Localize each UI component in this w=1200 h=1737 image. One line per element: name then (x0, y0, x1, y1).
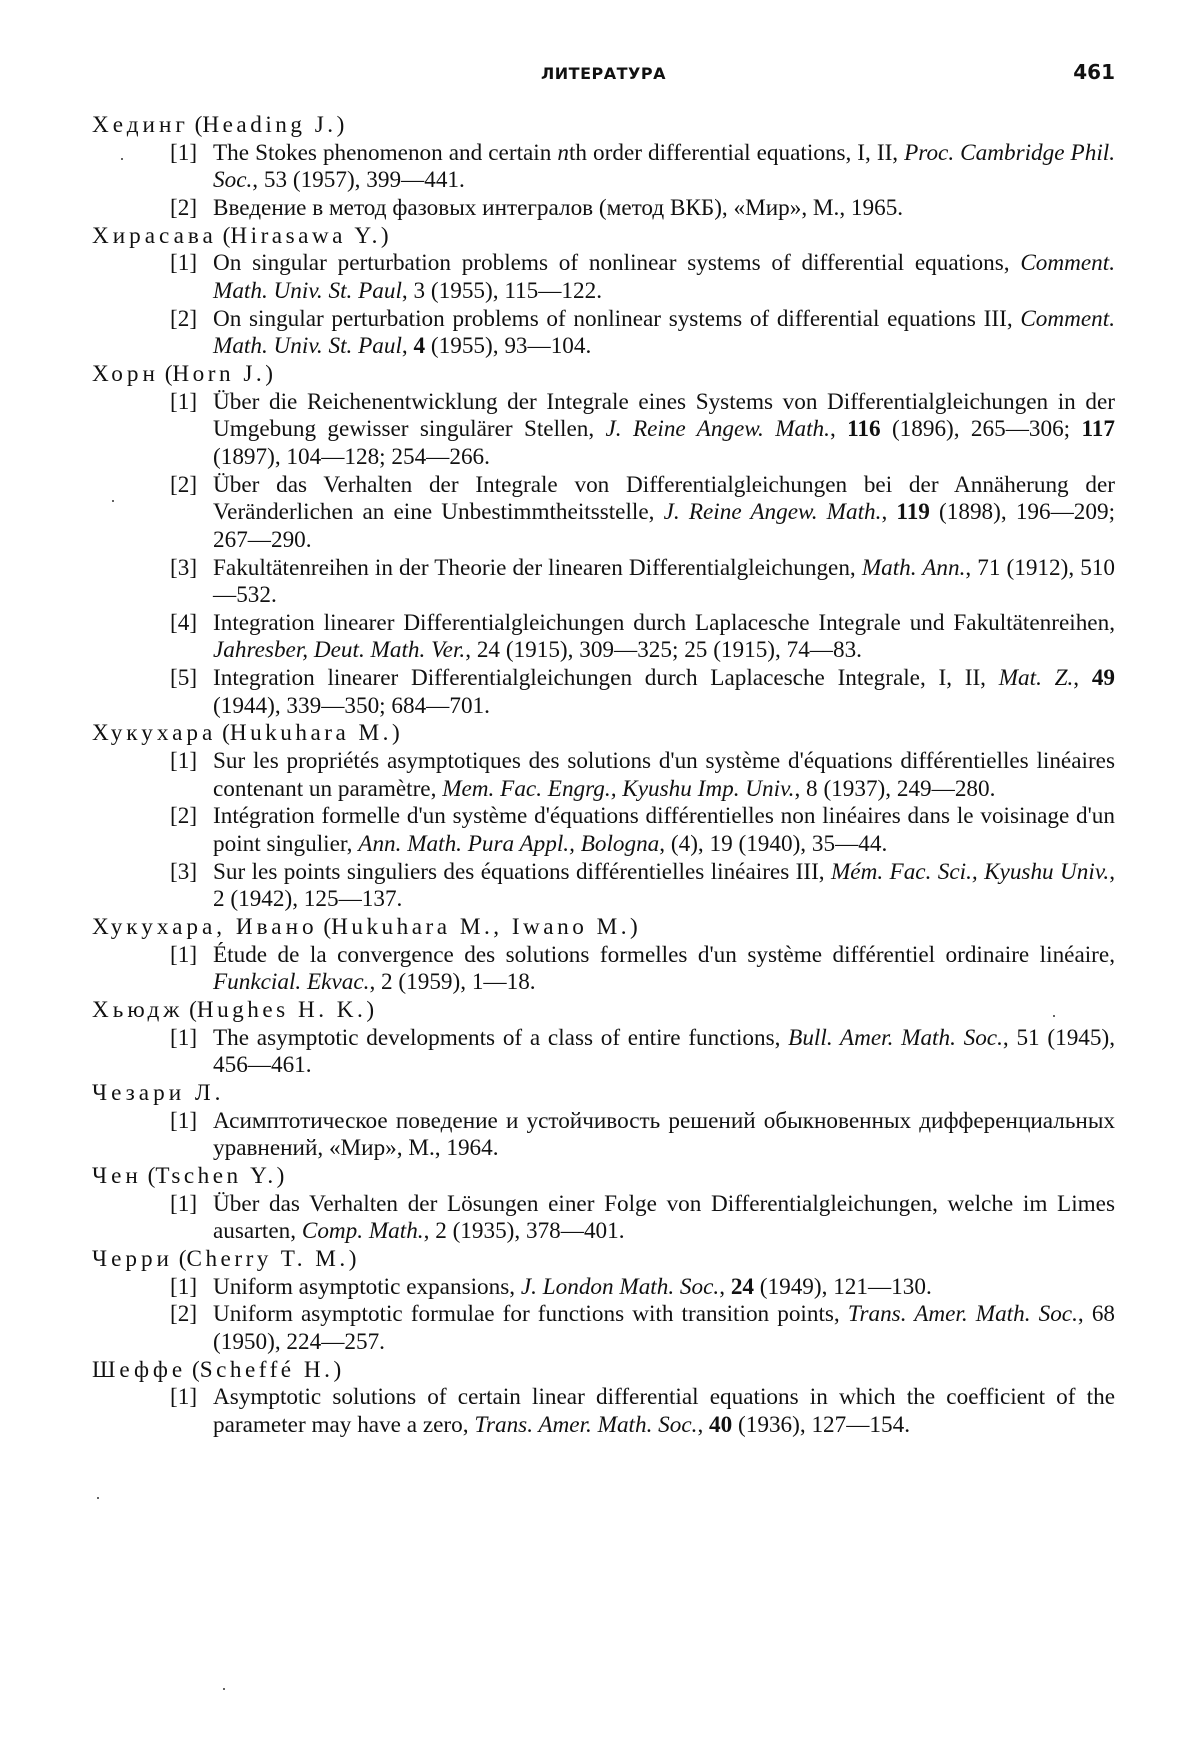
reference-entry: [1]Asymptotic solutions of certain linea… (92, 1384, 1115, 1439)
reference-text-segment: , 3 (1955), 115—122. (402, 278, 602, 304)
reference-number: [1] (170, 1025, 213, 1080)
reference-entry: [2]Uniform asymptotic formulae for funct… (92, 1301, 1115, 1356)
journal-title: n (557, 140, 569, 166)
author-name-latin: Tschen Y. (155, 1163, 276, 1189)
volume-number: 117 (1081, 416, 1115, 442)
author-name-russian: Хирасава (92, 223, 217, 249)
reference-number: [1] (170, 250, 213, 305)
print-speck (1053, 1015, 1055, 1017)
reference-entry: [1]Étude de la convergence des solutions… (92, 942, 1115, 997)
author-name-latin: Horn J. (172, 361, 265, 387)
reference-text-segment: , 8 (1937), 249—280. (794, 776, 995, 802)
reference-text: Über die Reichenentwicklung der Integral… (213, 389, 1115, 472)
volume-number: 119 (896, 499, 930, 525)
bibliography-list: Хединг (Heading J.)[1]The Stokes phenome… (92, 112, 1115, 1440)
author-block: Хединг (Heading J.)[1]The Stokes phenome… (92, 112, 1115, 223)
reference-text-segment: Введение в метод фазовых интегралов (мет… (213, 195, 903, 221)
reference-text-segment: , (881, 499, 896, 525)
reference-entry: [2]Über das Verhalten der Integrale von … (92, 472, 1115, 555)
print-speck (97, 1497, 99, 1499)
reference-text: Fakultätenreihen in der Theorie der line… (213, 555, 1115, 610)
author-heading: Чезари Л. (92, 1080, 1115, 1108)
reference-text: Uniform asymptotic expansions, J. London… (213, 1274, 1115, 1302)
reference-number: [1] (170, 389, 213, 472)
author-heading: Черри (Cherry T. M.) (92, 1246, 1115, 1274)
reference-number: [1] (170, 1191, 213, 1246)
reference-number: [1] (170, 1384, 213, 1439)
volume-number: 116 (847, 416, 881, 442)
reference-entry: [2]On singular perturbation problems of … (92, 306, 1115, 361)
author-block: Чезари Л.[1]Асимптотическое поведение и … (92, 1080, 1115, 1163)
reference-text-segment: Асимптотическое поведение и устойчивость… (213, 1108, 1115, 1162)
reference-entry: [1]Uniform asymptotic expansions, J. Lon… (92, 1274, 1115, 1302)
journal-title: J. Reine Angew. Math. (606, 416, 830, 442)
reference-text-segment: Sur les points singuliers des équations … (213, 859, 831, 885)
author-name-latin: Hirasawa Y. (230, 223, 381, 249)
print-speck (121, 158, 123, 160)
reference-text: Асимптотическое поведение и устойчивость… (213, 1108, 1115, 1163)
reference-entry: [2]Введение в метод фазовых интегралов (… (92, 195, 1115, 223)
author-name-latin: Hukuhara M., Iwano M. (331, 914, 630, 940)
journal-title: Math. Ann. (862, 555, 966, 581)
reference-text-segment: Uniform asymptotic formulae for function… (213, 1301, 848, 1327)
reference-number: [1] (170, 748, 213, 803)
reference-text-segment: (1949), 121—130. (754, 1274, 932, 1300)
print-speck (112, 500, 114, 502)
reference-number: [2] (170, 472, 213, 555)
reference-entry: [1]Асимптотическое поведение и устойчиво… (92, 1108, 1115, 1163)
reference-entry: [1]The Stokes phenomenon and certain nth… (92, 140, 1115, 195)
author-heading: Хьюдж (Hughes H. K.) (92, 997, 1115, 1025)
author-block: Хорн (Horn J.)[1]Über die Reichenentwick… (92, 361, 1115, 721)
reference-text: The Stokes phenomenon and certain nth or… (213, 140, 1115, 195)
author-block: Черри (Cherry T. M.)[1]Uniform asymptoti… (92, 1246, 1115, 1357)
author-name-latin: Cherry T. M. (187, 1246, 349, 1272)
journal-title: Funkcial. Ekvac. (213, 969, 369, 995)
reference-text-segment: , (402, 333, 414, 359)
author-name-russian: Хорн (92, 361, 159, 387)
author-name-russian: Черри (92, 1246, 173, 1272)
reference-text: Intégration formelle d'un système d'équa… (213, 803, 1115, 858)
reference-text-segment: Uniform asymptotic expansions, (213, 1274, 521, 1300)
volume-number: 4 (414, 333, 426, 359)
reference-text: Über das Verhalten der Integrale von Dif… (213, 472, 1115, 555)
journal-title: Jahresber, Deut. Math. Ver. (213, 637, 465, 663)
journal-title: Ann. Math. Pura Appl., Bologna (358, 831, 659, 857)
journal-title: Trans. Amer. Math. Soc. (848, 1301, 1078, 1327)
author-block: Хьюдж (Hughes H. K.)[1]The asymptotic de… (92, 997, 1115, 1080)
reference-number: [1] (170, 1274, 213, 1302)
reference-entry: [1]On singular perturbation problems of … (92, 250, 1115, 305)
volume-number: 40 (709, 1412, 732, 1438)
reference-number: [4] (170, 610, 213, 665)
reference-number: [3] (170, 555, 213, 610)
reference-text-segment: , (4), 19 (1940), 35—44. (659, 831, 887, 857)
author-name-latin: Hukuhara M. (230, 720, 392, 746)
print-speck (223, 1688, 225, 1690)
reference-text-segment: On singular perturbation problems of non… (213, 306, 1020, 332)
author-name-russian: Хединг (92, 112, 189, 138)
volume-number: 49 (1092, 665, 1115, 691)
reference-entry: [1]Über die Reichenentwicklung der Integ… (92, 389, 1115, 472)
reference-text-segment: (1944), 339—350; 684—701. (213, 693, 490, 719)
reference-text-segment: (1897), 104—128; 254—266. (213, 444, 490, 470)
reference-text: Étude de la convergence des solutions fo… (213, 942, 1115, 997)
reference-entry: [4]Integration linearer Differentialglei… (92, 610, 1115, 665)
journal-title: J. Reine Angew. Math. (664, 499, 882, 525)
reference-text: The asymptotic developments of a class o… (213, 1025, 1115, 1080)
reference-text-segment: Integration linearer Differentialgleichu… (213, 610, 1115, 636)
page-header: ЛИТЕРАТУРА 461 (92, 60, 1115, 86)
reference-entry: [1]Sur les propriétés asymptotiques des … (92, 748, 1115, 803)
reference-number: [5] (170, 665, 213, 720)
reference-number: [1] (170, 140, 213, 195)
journal-title: Mém. Fac. Sci., Kyushu Univ. (831, 859, 1109, 885)
reference-text-segment: , (697, 1412, 709, 1438)
reference-text: Integration linearer Differentialgleichu… (213, 665, 1115, 720)
author-block: Шеффе (Scheffé H.)[1]Asymptotic solution… (92, 1357, 1115, 1440)
reference-number: [2] (170, 803, 213, 858)
journal-title: Mat. Z. (999, 665, 1074, 691)
reference-text-segment: , (719, 1274, 731, 1300)
author-heading: Хединг (Heading J.) (92, 112, 1115, 140)
author-block: Чен (Tschen Y.)[1]Über das Verhalten der… (92, 1163, 1115, 1246)
reference-text-segment: , 53 (1957), 399—441. (252, 167, 465, 193)
author-name-russian: Чен (92, 1163, 142, 1189)
reference-number: [1] (170, 942, 213, 997)
reference-text-segment: , 2 (1935), 378—401. (424, 1218, 625, 1244)
author-heading: Чен (Tschen Y.) (92, 1163, 1115, 1191)
author-heading: Хорн (Horn J.) (92, 361, 1115, 389)
reference-text: Sur les propriétés asymptotiques des sol… (213, 748, 1115, 803)
reference-text: Asymptotic solutions of certain linear d… (213, 1384, 1115, 1439)
reference-text-segment: , 24 (1915), 309—325; 25 (1915), 74—83. (465, 637, 862, 663)
reference-text: Über das Verhalten der Lösungen einer Fo… (213, 1191, 1115, 1246)
reference-entry: [1]The asymptotic developments of a clas… (92, 1025, 1115, 1080)
reference-text: Введение в метод фазовых интегралов (мет… (213, 195, 1115, 223)
reference-text: Uniform asymptotic formulae for function… (213, 1301, 1115, 1356)
reference-text-segment: (1896), 265—306; (881, 416, 1082, 442)
volume-number: 24 (731, 1274, 754, 1300)
reference-number: [2] (170, 306, 213, 361)
author-name-latin: Hughes H. K. (197, 997, 367, 1023)
author-name-russian: Хукухара, Ивано (92, 914, 318, 940)
reference-text: On singular perturbation problems of non… (213, 306, 1115, 361)
author-name-russian: Хьюдж (92, 997, 183, 1023)
journal-title: Comp. Math. (302, 1218, 424, 1244)
author-block: Хукухара, Ивано (Hukuhara M., Iwano M.)[… (92, 914, 1115, 997)
reference-text-segment: Étude de la convergence des solutions fo… (213, 942, 1115, 968)
reference-text-segment: , (830, 416, 847, 442)
reference-text: Sur les points singuliers des équations … (213, 859, 1115, 914)
author-heading: Хукухара, Ивано (Hukuhara M., Iwano M.) (92, 914, 1115, 942)
reference-text: Integration linearer Differentialgleichu… (213, 610, 1115, 665)
journal-title: Trans. Amer. Math. Soc. (474, 1412, 697, 1438)
reference-entry: [2]Intégration formelle d'un système d'é… (92, 803, 1115, 858)
reference-entry: [5]Integration linearer Differentialglei… (92, 665, 1115, 720)
author-name-latin: Heading J. (202, 112, 336, 138)
author-name-russian: Хукухара (92, 720, 216, 746)
author-block: Хирасава (Hirasawa Y.)[1]On singular per… (92, 223, 1115, 361)
reference-entry: [3]Fakultätenreihen in der Theorie der l… (92, 555, 1115, 610)
reference-number: [2] (170, 1301, 213, 1356)
reference-text-segment: , 2 (1959), 1—18. (369, 969, 535, 995)
journal-title: J. London Math. Soc. (521, 1274, 719, 1300)
reference-text-segment: The asymptotic developments of a class o… (213, 1025, 788, 1051)
reference-number: [2] (170, 195, 213, 223)
reference-text-segment: (1936), 127—154. (732, 1412, 910, 1438)
author-heading: Хукухара (Hukuhara M.) (92, 720, 1115, 748)
author-name-russian: Шеффе (92, 1357, 186, 1383)
journal-title: Bull. Amer. Math. Soc. (788, 1025, 1003, 1051)
author-block: Хукухара (Hukuhara M.)[1]Sur les proprié… (92, 720, 1115, 914)
reference-text-segment: Integration linearer Differentialgleichu… (213, 665, 999, 691)
reference-text-segment: Fakultätenreihen in der Theorie der line… (213, 555, 862, 581)
reference-entry: [3]Sur les points singuliers des équatio… (92, 859, 1115, 914)
page-number: 461 (1073, 60, 1115, 84)
author-heading: Шеффе (Scheffé H.) (92, 1357, 1115, 1385)
reference-text: On singular perturbation problems of non… (213, 250, 1115, 305)
reference-text-segment: (1955), 93—104. (425, 333, 591, 359)
reference-number: [1] (170, 1108, 213, 1163)
author-name-latin: Scheffé H. (200, 1357, 334, 1383)
reference-text-segment: th order differential equations, I, II, (569, 140, 904, 166)
reference-text-segment: The Stokes phenomenon and certain (213, 140, 557, 166)
reference-number: [3] (170, 859, 213, 914)
author-heading: Хирасава (Hirasawa Y.) (92, 223, 1115, 251)
reference-entry: [1]Über das Verhalten der Lösungen einer… (92, 1191, 1115, 1246)
journal-title: Mem. Fac. Engrg., Kyushu Imp. Univ. (442, 776, 794, 802)
reference-text-segment: On singular perturbation problems of non… (213, 250, 1020, 276)
reference-text-segment: , (1073, 665, 1092, 691)
author-name-russian: Чезари Л. (92, 1080, 224, 1106)
running-title: ЛИТЕРАТУРА (92, 64, 1115, 83)
